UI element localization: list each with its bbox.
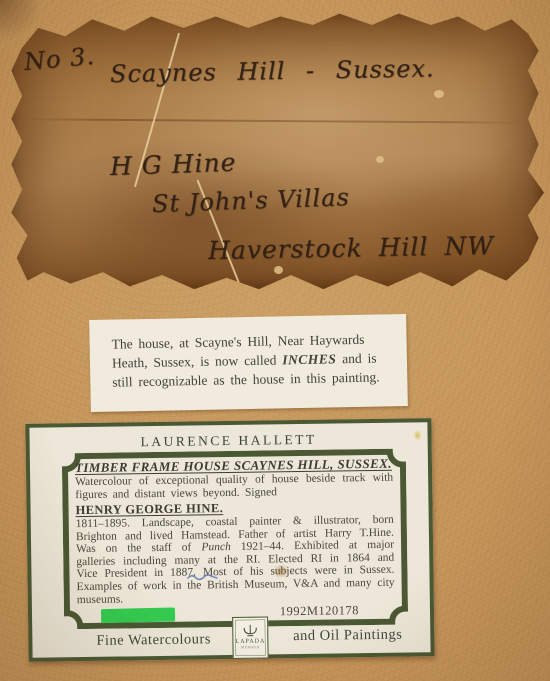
artist-bio: 1811–1895. Landscape, coastal painter & … [76,514,395,607]
paper-chip [434,90,444,98]
lapada-member-text: MEMBER [241,646,260,650]
footer-left-text: Fine Watercolours [96,631,211,650]
certificate-frame: TIMBER FRAME HOUSE SCAYNES HILL, SUSSEX.… [62,449,408,630]
note-text: The house, at Scayne's Hill, Near Haywar… [111,329,395,391]
torn-paper-label: No 3. Scaynes Hill - Sussex. H G Hine St… [6,8,544,292]
handwriting-address-2: Haverstock Hill NW [208,231,494,265]
stain-mark [413,430,421,440]
paper-chip [376,156,384,163]
punch-magazine-name: Punch [201,541,231,553]
frame-back-photo: No 3. Scaynes Hill - Sussex. H G Hine St… [0,0,550,681]
paper-chip [274,266,283,274]
note-text-house-name: INCHES [282,351,336,367]
ink-squiggle-icon [185,571,219,583]
note-label: The house, at Scayne's Hill, Near Haywar… [89,314,408,412]
chandelier-icon [243,625,257,638]
lapada-member-badge: LAPADA MEMBER [232,616,269,658]
green-highlight-mark [101,607,175,623]
handwriting-title: Scaynes Hill - Sussex. [110,54,435,88]
certificate-content: TIMBER FRAME HOUSE SCAYNES HILL, SUSSEX.… [75,456,395,623]
dealer-label: LAURENCE HALLETT TIMBER FRAME HOUSE SCAY… [25,418,434,662]
handwriting-artist: H G Hine [109,148,236,181]
lapada-logo-text: LAPADA [235,639,265,645]
footer-right-text: and Oil Paintings [293,627,402,646]
artwork-description: Watercolour of exceptional quality of ho… [75,472,393,502]
